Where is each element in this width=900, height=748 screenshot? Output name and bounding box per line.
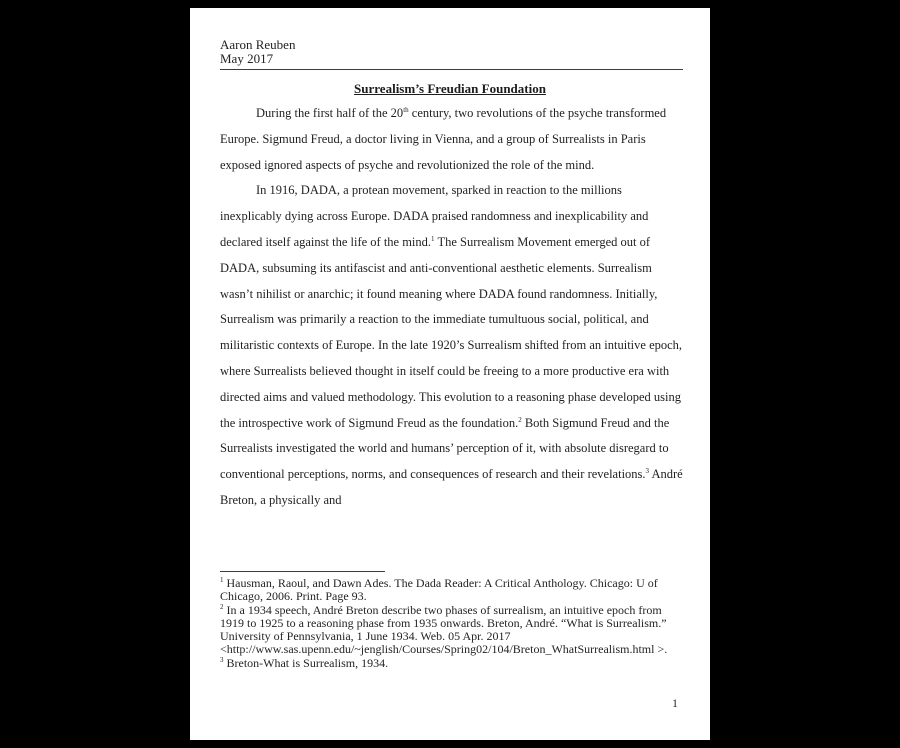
footnote: 1 Hausman, Raoul, and Dawn Ades. The Dad… (220, 577, 684, 604)
footnote: 3 Breton-What is Surrealism, 1934. (220, 657, 684, 670)
document-title: Surrealism’s Freudian Foundation (190, 81, 710, 97)
footnote-list: 1 Hausman, Raoul, and Dawn Ades. The Dad… (220, 577, 684, 670)
text-run: During the first half of the 20 (256, 106, 403, 120)
footnotes-section: 1 Hausman, Raoul, and Dawn Ades. The Dad… (220, 571, 684, 670)
text-run: The Surrealism Movement emerged out of D… (220, 235, 682, 430)
author-name: Aaron Reuben (220, 38, 683, 52)
footnote-text: In a 1934 speech, André Breton describe … (220, 603, 667, 657)
transparent-background: Aaron Reuben May 2017 Surrealism’s Freud… (0, 0, 900, 748)
footnote-separator (220, 571, 385, 572)
body-paragraph: In 1916, DADA, a protean movement, spark… (220, 178, 684, 513)
footnote-text: Hausman, Raoul, and Dawn Ades. The Dada … (220, 576, 658, 603)
footnote: 2 In a 1934 speech, André Breton describ… (220, 604, 684, 657)
document-body: During the first half of the 20th centur… (220, 101, 684, 514)
page-number: 1 (672, 696, 678, 711)
document-header: Aaron Reuben May 2017 (220, 38, 683, 70)
document-date: May 2017 (220, 52, 683, 66)
body-paragraph: During the first half of the 20th centur… (220, 101, 684, 178)
document-page: Aaron Reuben May 2017 Surrealism’s Freud… (190, 8, 710, 740)
footnote-text: Breton-What is Surrealism, 1934. (224, 656, 389, 670)
